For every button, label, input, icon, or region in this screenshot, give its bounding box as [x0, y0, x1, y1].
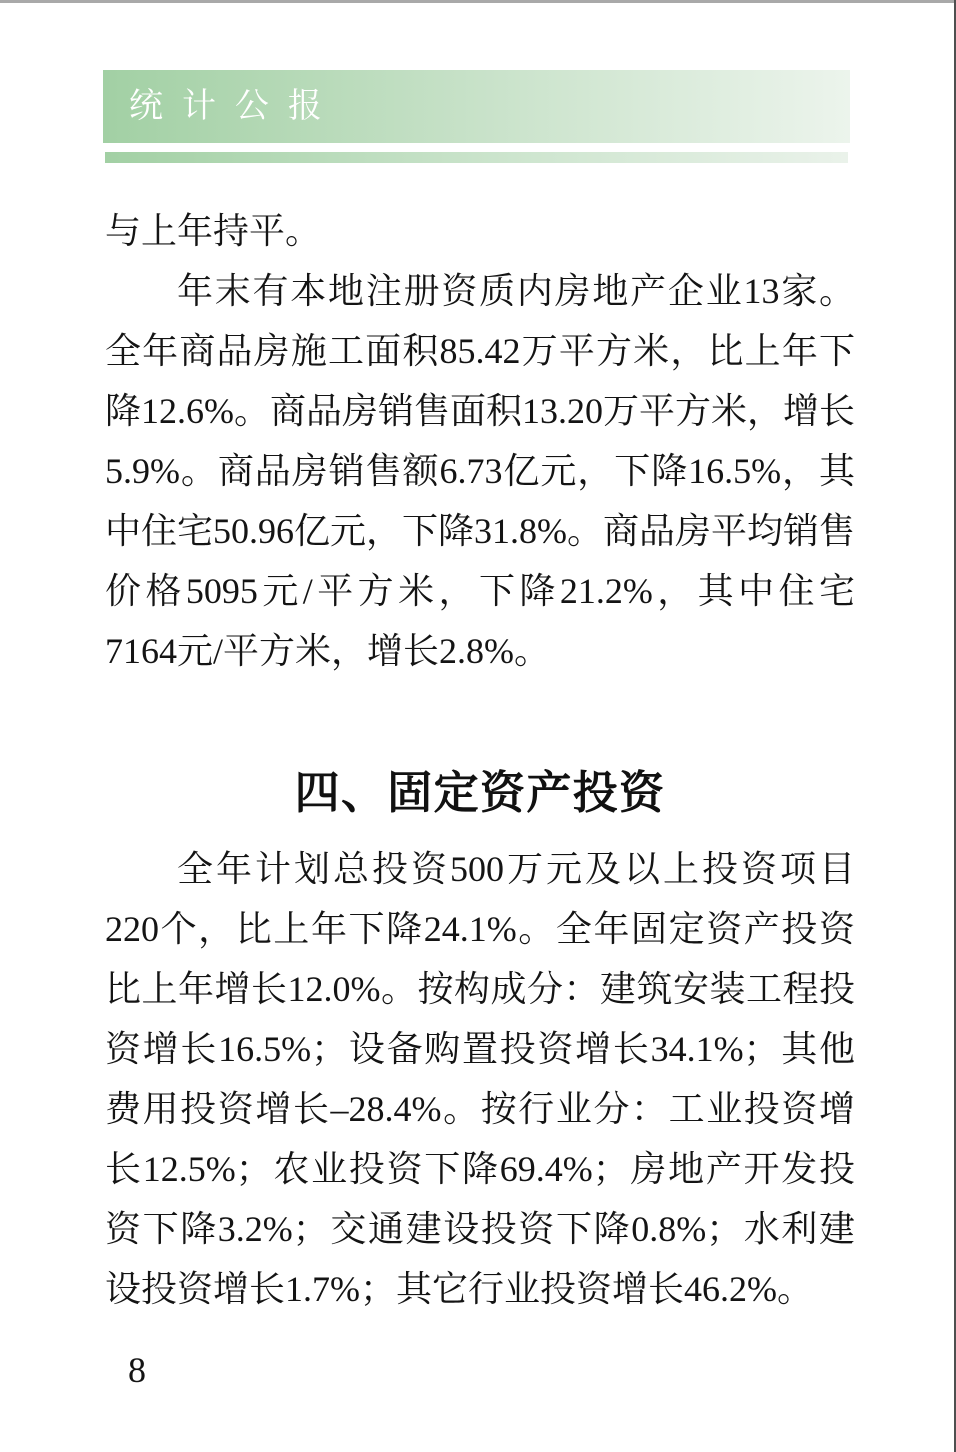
paragraph-real-estate: 年末有本地注册资质内房地产企业13家。全年商品房施工面积85.42万平方米，比上…	[105, 261, 855, 681]
document-body: 与上年持平。 年末有本地注册资质内房地产企业13家。全年商品房施工面积85.42…	[105, 201, 855, 1319]
header-banner: 统 计 公 报	[103, 70, 850, 143]
header-underline-bar	[105, 152, 848, 163]
scan-border-top	[0, 0, 956, 3]
paragraph-investment: 全年计划总投资500万元及以上投资项目220个，比上年下降24.1%。全年固定资…	[105, 839, 855, 1319]
section-heading-fixed-asset-investment: 四、固定资产投资	[105, 763, 855, 823]
bulletin-page: 统 计 公 报 与上年持平。 年末有本地注册资质内房地产企业13家。全年商品房施…	[0, 0, 956, 1452]
banner-title: 统 计 公 报	[103, 70, 850, 143]
paragraph-continuation: 与上年持平。	[105, 201, 855, 261]
page-number: 8	[128, 1340, 146, 1400]
